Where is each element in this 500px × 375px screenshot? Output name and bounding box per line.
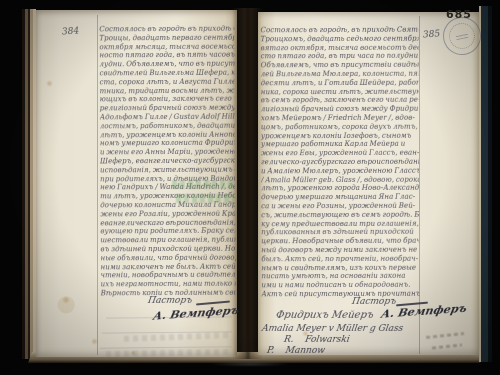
stain [46,80,53,87]
right-page: Состоялось въ городѣ, въ приходѣ Свято-Т… [258,12,479,355]
left-page: 384 Состоялось въ городѣ въ приходѣ Свят… [36,10,237,357]
book-cover-edge-right [479,6,492,362]
ink-bleed-ghost [106,349,230,357]
witness-signature: Фридрихъ Мейеръ [275,310,374,321]
handwritten-text-left: Состоялось въ городѣ въ приходѣ СвятойТр… [99,25,235,300]
witness-signature: R. Folwarski [283,335,350,345]
left-page-number: 384 [62,26,80,37]
page-stack-edge-left [22,9,36,359]
ink-bleed-ghost [124,332,228,342]
green-watermark-icon [172,180,236,189]
green-watermark-icon [176,194,234,203]
stain [302,330,309,337]
handwritten-text-right: Состоялось въ городѣ, въ приходѣ Свято-Т… [261,26,420,301]
book-shadow [210,361,290,367]
register-book-photo: 384 Состоялось въ городѣ въ приходѣ Свят… [0,0,500,375]
left-pastor-label: Пасторъ [147,296,193,306]
right-page-number: 385 [423,29,441,40]
right-pastor-label: Пасторъ [351,297,397,307]
stain [130,350,136,356]
pencil-mark [432,343,462,349]
witness-signature: Amalia Meyer v Müller g Glass [261,324,404,334]
left-margin-rule [97,15,98,355]
pencil-mark [426,332,464,339]
left-pastor-signature: А. Вемпферъ [152,304,240,323]
stain [91,338,98,345]
stain [62,296,70,304]
witness-signature: P. Mannow [266,346,326,356]
